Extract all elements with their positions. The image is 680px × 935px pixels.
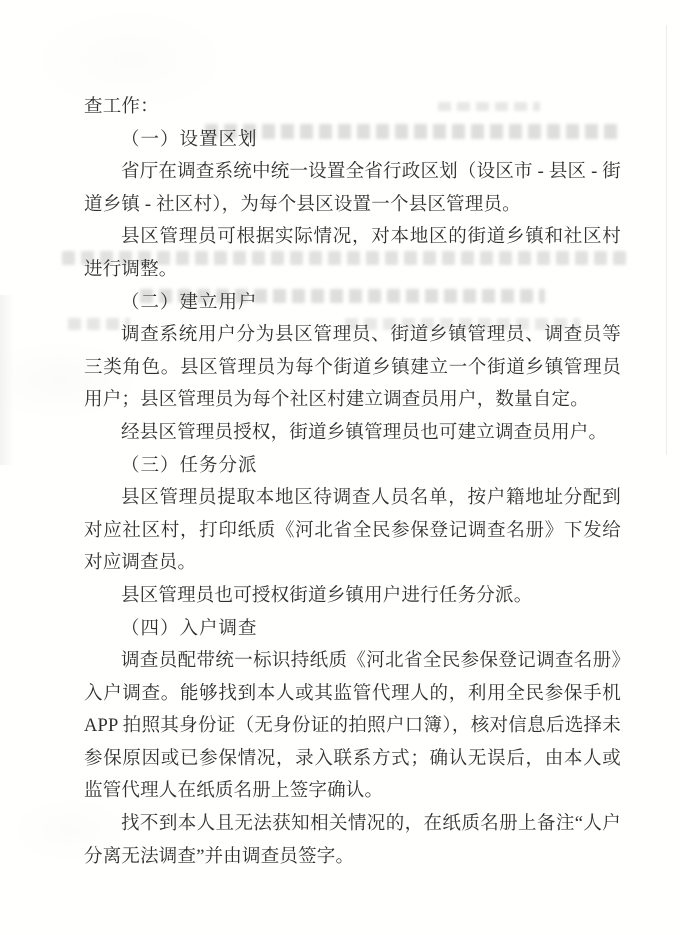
section-2-paragraph-1: 调查系统用户分为县区管理员、街道乡镇管理员、调查员等三类角色。县区管理员为每个街… (84, 319, 621, 417)
section-2-heading: （二）建立用户 (84, 287, 621, 320)
section-4-heading: （四）入户调查 (84, 613, 621, 646)
scanned-document-page: 查工作： （一）设置区划 省厅在调查系统中统一设置全省行政区划（设区市 - 县区… (0, 0, 680, 935)
continuation-line: 查工作： (84, 91, 621, 124)
section-1-heading: （一）设置区划 (84, 124, 621, 157)
section-4-paragraph-2: 找不到本人且无法获知相关情况的，在纸质名册上备注“人户分离无法调查”并由调查员签… (84, 808, 621, 873)
section-4-paragraph-1: 调查员配带统一标识持纸质《河北省全民参保登记调查名册》入户调查。能够找到本人或其… (84, 645, 621, 808)
section-1-paragraph-1: 省厅在调查系统中统一设置全省行政区划（设区市 - 县区 - 街道乡镇 - 社区村… (84, 156, 621, 221)
section-2-paragraph-2: 经县区管理员授权，街道乡镇管理员也可建立调查员用户。 (84, 417, 621, 450)
scan-edge-shade (0, 295, 14, 465)
document-body: 查工作： （一）设置区划 省厅在调查系统中统一设置全省行政区划（设区市 - 县区… (84, 91, 621, 873)
section-3-paragraph-2: 县区管理员也可授权街道乡镇用户进行任务分派。 (84, 580, 621, 613)
section-1-paragraph-2: 县区管理员可根据实际情况，对本地区的街道乡镇和社区村进行调整。 (84, 221, 621, 286)
scan-edge-line (666, 25, 667, 455)
section-3-paragraph-1: 县区管理员提取本地区待调查人员名单，按户籍地址分配到对应社区村，打印纸质《河北省… (84, 482, 621, 580)
section-3-heading: （三）任务分派 (84, 450, 621, 483)
